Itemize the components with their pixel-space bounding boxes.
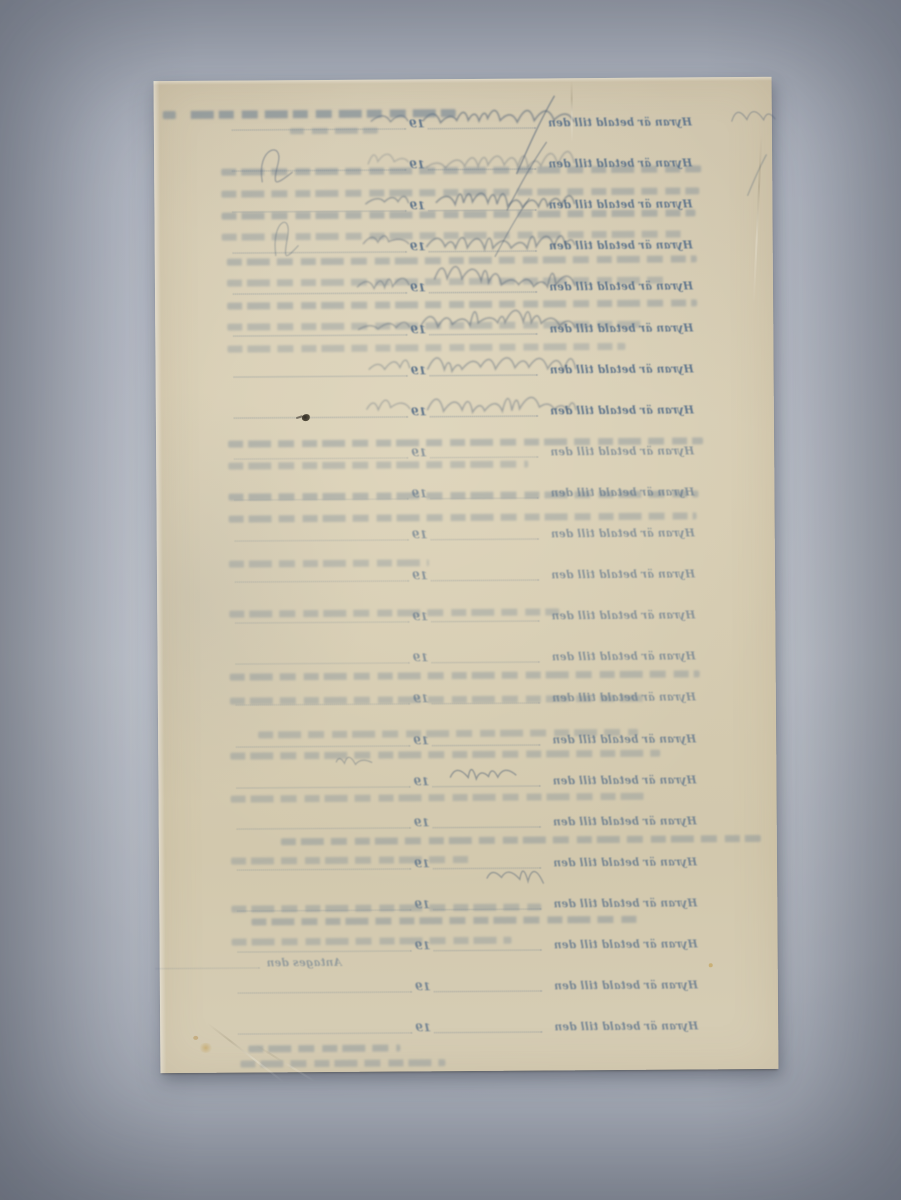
dotted-leader bbox=[237, 868, 411, 870]
dotted-leader bbox=[156, 967, 260, 969]
bleed-payment-line: Hyran är betald till den19 bbox=[234, 360, 694, 380]
dotted-leader bbox=[430, 497, 538, 499]
pencil-squiggle bbox=[373, 231, 409, 248]
dotted-leader bbox=[434, 949, 542, 951]
year-prefix: 19 bbox=[412, 937, 434, 954]
pencil-squiggle bbox=[437, 348, 575, 375]
pencil-squiggle bbox=[732, 107, 768, 125]
year-prefix: 19 bbox=[411, 896, 433, 913]
bleed-payment-line: Hyran är betald till den19 bbox=[238, 1018, 698, 1038]
dotted-leader bbox=[432, 744, 540, 746]
payment-line-label: Hyran är betald till den bbox=[552, 730, 696, 748]
bleed-payment-line: Hyran är betald till den19 bbox=[237, 853, 697, 873]
dotted-leader bbox=[432, 662, 540, 664]
bleed-payment-line: Hyran är betald till den19 bbox=[236, 648, 696, 668]
pencil-squiggle bbox=[374, 395, 410, 412]
antages-label: Antages den bbox=[266, 954, 341, 972]
dotted-leader bbox=[433, 908, 541, 910]
dotted-leader bbox=[234, 498, 408, 500]
year-prefix: 19 bbox=[409, 608, 431, 625]
photo-scene: Hyran är betald till den19Hyran är betal… bbox=[0, 0, 901, 1200]
pencil-squiggle bbox=[372, 190, 408, 207]
front-page-layout: Hyran är betald till den19Hyran är betal… bbox=[154, 77, 779, 1073]
dotted-leader bbox=[236, 745, 410, 747]
payment-line-label: Hyran är betald till den bbox=[551, 565, 695, 583]
bleed-payment-line: Hyran är betald till den19 bbox=[238, 935, 698, 955]
dotted-leader bbox=[431, 580, 539, 582]
pencil-squiggle bbox=[487, 860, 541, 882]
dotted-leader bbox=[432, 703, 540, 705]
payment-line-label: Hyran är betald till den bbox=[552, 689, 696, 707]
bleed-payment-line: Hyran är betald till den19 bbox=[234, 483, 694, 503]
pencil-squiggle bbox=[437, 266, 575, 293]
pencil-squiggle bbox=[450, 763, 500, 781]
pencil-squiggle bbox=[373, 272, 409, 289]
payment-line-label: Hyran är betald till den bbox=[553, 894, 697, 912]
year-prefix: 19 bbox=[409, 526, 431, 543]
dotted-leader bbox=[237, 827, 411, 829]
paper-crease bbox=[571, 80, 573, 142]
bleed-payment-line: Hyran är betald till den19 bbox=[233, 237, 693, 257]
document-paper-back: Hyran är betald till den19Hyran är betal… bbox=[154, 77, 779, 1073]
pencil-squiggle bbox=[269, 212, 299, 260]
dotted-leader bbox=[237, 909, 411, 911]
dotted-leader bbox=[238, 1033, 412, 1035]
pencil-squiggle bbox=[373, 354, 409, 371]
pencil-squiggle bbox=[336, 748, 366, 766]
year-prefix: 19 bbox=[408, 362, 430, 379]
bleed-payment-line: Hyran är betald till den19 bbox=[236, 730, 696, 750]
dotted-leader bbox=[236, 786, 410, 788]
dotted-leader bbox=[236, 663, 410, 665]
year-prefix: 19 bbox=[408, 444, 430, 461]
bleed-payment-line: Hyran är betald till den19 bbox=[233, 278, 693, 298]
dotted-leader bbox=[238, 991, 412, 993]
bleed-payment-line: Hyran är betald till den19 bbox=[237, 812, 697, 832]
bleed-header-row bbox=[290, 128, 378, 135]
dotted-leader bbox=[234, 457, 408, 459]
pencil-squiggle bbox=[254, 140, 294, 186]
dotted-leader bbox=[233, 293, 407, 295]
pencil-squiggle bbox=[372, 148, 408, 165]
year-prefix: 19 bbox=[412, 1019, 434, 1036]
payment-line-label: Hyran är betald till den bbox=[550, 483, 694, 501]
antages-line: Antages den bbox=[156, 954, 342, 972]
year-prefix: 19 bbox=[406, 156, 428, 173]
dotted-leader bbox=[430, 456, 538, 458]
year-prefix: 19 bbox=[410, 773, 432, 790]
year-prefix: 19 bbox=[410, 691, 432, 708]
bleed-payment-line: Hyran är betald till den19 bbox=[236, 689, 696, 709]
payment-line-label: Hyran är betald till den bbox=[550, 442, 694, 460]
year-prefix: 19 bbox=[412, 978, 434, 995]
dotted-leader bbox=[233, 334, 407, 336]
year-prefix: 19 bbox=[407, 321, 429, 338]
year-prefix: 19 bbox=[407, 280, 429, 297]
year-prefix: 19 bbox=[407, 239, 429, 256]
payment-line-label: Hyran är betald till den bbox=[554, 1018, 698, 1036]
stain-dot bbox=[193, 1036, 198, 1040]
dotted-leader bbox=[233, 252, 407, 254]
year-prefix: 19 bbox=[411, 855, 433, 872]
pencil-squiggle bbox=[438, 389, 576, 416]
dotted-leader bbox=[434, 1032, 542, 1034]
dotted-leader bbox=[236, 704, 410, 706]
dotted-leader bbox=[235, 622, 409, 624]
dotted-leader bbox=[232, 211, 406, 213]
payment-line-label: Hyran är betald till den bbox=[554, 935, 698, 953]
payment-line-label: Hyran är betald till den bbox=[553, 853, 697, 871]
pencil-squiggle bbox=[437, 307, 575, 334]
dotted-leader bbox=[433, 826, 541, 828]
bleed-payment-line: Hyran är betald till den19 bbox=[235, 524, 695, 544]
year-prefix: 19 bbox=[410, 650, 432, 667]
dotted-leader bbox=[234, 416, 408, 418]
year-prefix: 19 bbox=[409, 567, 431, 584]
amber-speck bbox=[709, 963, 713, 967]
bleed-header-row bbox=[163, 111, 176, 119]
payment-line-label: Hyran är betald till den bbox=[554, 976, 698, 994]
dotted-leader bbox=[235, 539, 409, 541]
year-prefix: 19 bbox=[411, 814, 433, 831]
bleed-payment-line: Hyran är betald till den19 bbox=[232, 155, 692, 175]
dotted-leader bbox=[431, 538, 539, 540]
dotted-leader bbox=[234, 375, 408, 377]
dotted-leader bbox=[235, 580, 409, 582]
year-prefix: 19 bbox=[406, 197, 428, 214]
payment-line-label: Hyran är betald till den bbox=[551, 607, 695, 625]
dotted-leader bbox=[432, 785, 540, 787]
pencil-squiggle bbox=[492, 199, 532, 259]
stain-spot bbox=[198, 1043, 213, 1053]
bleed-payment-line: Hyran är betald till den19 bbox=[233, 319, 693, 339]
payment-line-label: Hyran är betald till den bbox=[553, 812, 697, 830]
payment-line-label: Hyran är betald till den bbox=[552, 648, 696, 666]
year-prefix: 19 bbox=[408, 485, 430, 502]
pencil-squiggle bbox=[373, 313, 409, 330]
year-prefix: 19 bbox=[410, 732, 432, 749]
bleed-payment-line: Hyran är betald till den19 bbox=[237, 894, 697, 914]
bleed-payment-line: Hyran är betald till den19 bbox=[235, 565, 695, 585]
dotted-leader bbox=[434, 991, 542, 993]
bleedthrough-print-mirrored: Hyran är betald till den19Hyran är betal… bbox=[154, 77, 779, 1073]
dotted-leader bbox=[431, 621, 539, 623]
bleed-payment-line: Hyran är betald till den19 bbox=[238, 976, 698, 996]
payment-line-label: Hyran är betald till den bbox=[551, 524, 695, 542]
bleed-payment-line: Hyran är betald till den19 bbox=[235, 607, 695, 627]
bleed-payment-line: Hyran är betald till den19 bbox=[232, 196, 692, 216]
year-prefix: 19 bbox=[408, 403, 430, 420]
bleed-payment-line: Hyran är betald till den19 bbox=[234, 442, 694, 462]
dotted-leader bbox=[238, 950, 412, 952]
payment-line-label: Hyran är betald till den bbox=[552, 771, 696, 789]
